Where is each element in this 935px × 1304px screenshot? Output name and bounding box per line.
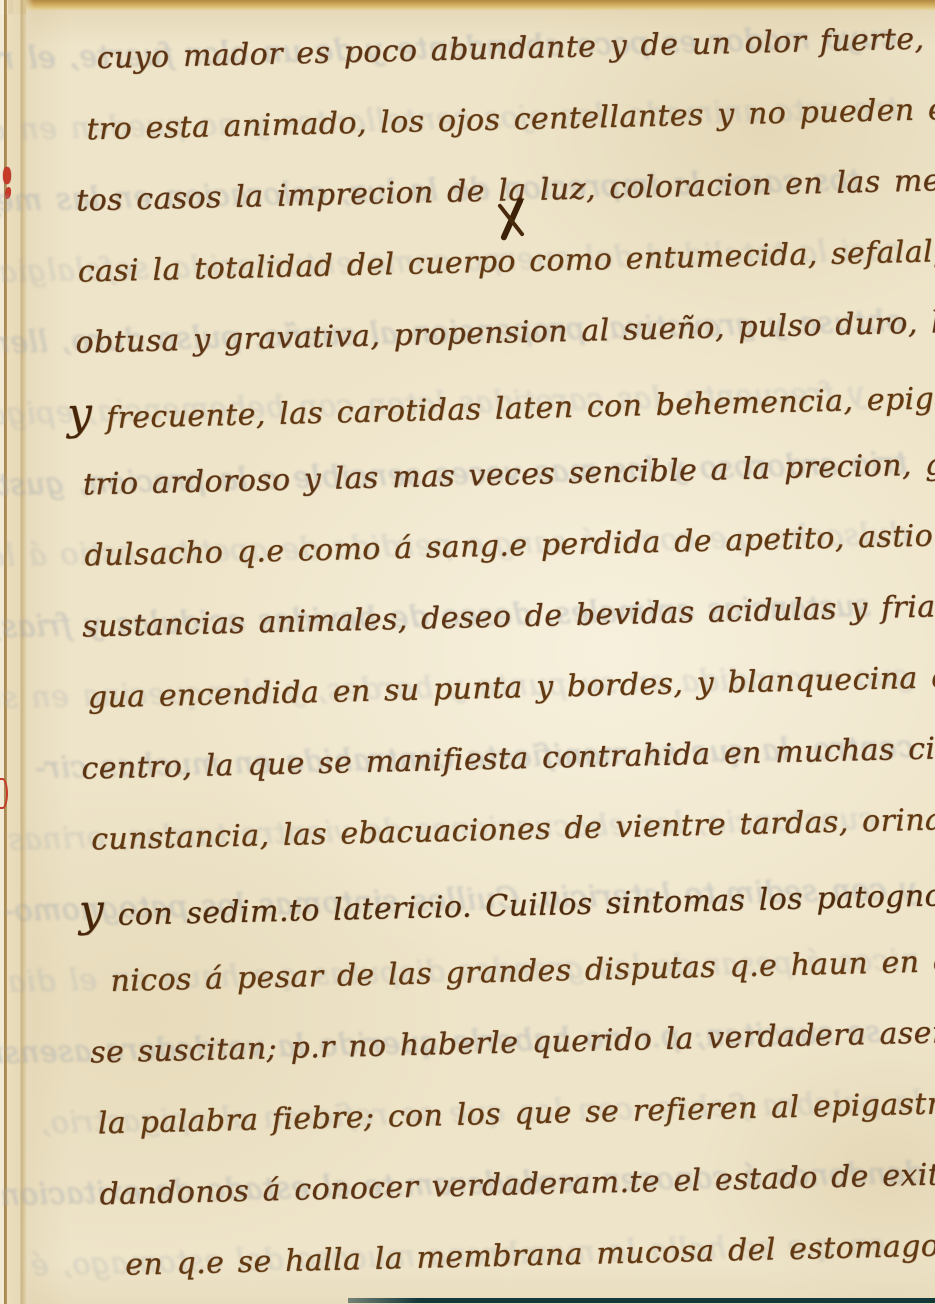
bottom-scan-edge: [348, 1298, 935, 1303]
binding-thread-mark: [3, 167, 11, 184]
manuscript-text: cuyo mador es poco abundante y de un olo…: [58, 3, 935, 1302]
manuscript-page: cuyo mador es poco abundante y de un olo…: [0, 0, 935, 1304]
